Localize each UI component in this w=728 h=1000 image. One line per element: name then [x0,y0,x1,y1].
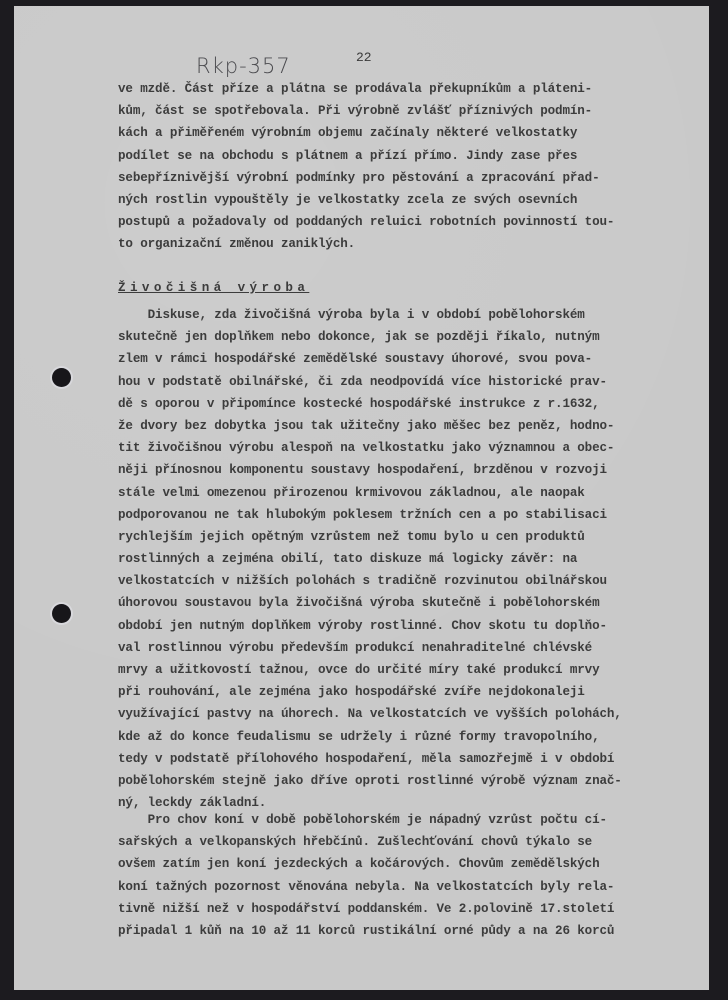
text-line: něji přínosnou komponentu soustavy hospo… [118,459,718,481]
text-line: ve mzdě. Část příze a plátna se prodával… [118,78,718,100]
text-line: kde až do konce feudalismu se udržely i … [118,726,718,748]
text-line: období jen nutným doplňkem výroby rostli… [118,615,718,637]
section-heading: Živočišná výroba [118,281,309,295]
text-line: hou v podstatě obilnářské, či zda neodpo… [118,371,718,393]
text-line: při rouhování, ale zejména jako hospodář… [118,681,718,703]
text-line: postupů a požadovaly od poddaných reluic… [118,211,718,233]
text-line: Pro chov koní v době pobělohorském je ná… [118,809,718,831]
text-line: úhorovou soustavou byla živočišná výroba… [118,592,718,614]
paragraph-2: Diskuse, zda živočišná výroba byla i v o… [118,304,718,814]
page-number: 22 [356,50,372,65]
text-line: tivně nižší než v hospodářství poddanské… [118,898,718,920]
text-line: velkostatcích v nižších polohách s tradi… [118,570,718,592]
text-line: stále velmi omezenou přirozenou krmivovo… [118,482,718,504]
text-line: mrvy a užitkovostí tažnou, ovce do určit… [118,659,718,681]
text-line: že dvory bez dobytka jsou tak užitečny j… [118,415,718,437]
text-line: zlem v rámci hospodářské zemědělské sous… [118,348,718,370]
text-line: tit živočišnou výrobu alespoň na velkost… [118,437,718,459]
text-line: val rostlinnou výrobu především produkcí… [118,637,718,659]
paragraph-1: ve mzdě. Část příze a plátna se prodával… [118,78,718,256]
text-line: sebepříznivější výrobní podmínky pro pěs… [118,167,718,189]
text-line: ných rostlin vypouštěly je velkostatky z… [118,189,718,211]
text-line: podílet se na obchodu s plátnem a přízí … [118,145,718,167]
punch-hole-icon [52,368,71,387]
document-page: Rkp-357 22 ve mzdě. Část příze a plátna … [14,6,709,990]
text-line: koní tažných pozornost věnována nebyla. … [118,876,718,898]
text-line: rostlinných a zejména obilí, tato diskuz… [118,548,718,570]
text-line: to organizační změnou zaniklých. [118,233,718,255]
text-line: pobělohorském stejně jako dříve oproti r… [118,770,718,792]
text-line: skutečně jen doplňkem nebo dokonce, jak … [118,326,718,348]
text-line: Diskuse, zda živočišná výroba byla i v o… [118,304,718,326]
text-line: využívající pastvy na úhorech. Na velkos… [118,703,718,725]
text-line: sařských a velkopanských hřebčínů. Zušle… [118,831,718,853]
text-line: rychlejším jejich opětným vzrůstem než t… [118,526,718,548]
text-line: připadal 1 kůň na 10 až 11 korců rustiká… [118,920,718,942]
text-line: kách a přiměřeném výrobním objemu začína… [118,122,718,144]
text-line: ovšem zatím jen koní jezdeckých a kočáro… [118,853,718,875]
archive-mark: Rkp-357 [196,54,291,78]
text-line: dě s oporou v připomínce kostecké hospod… [118,393,718,415]
text-line: podporovanou ne tak hlubokým poklesem tr… [118,504,718,526]
punch-hole-icon [52,604,71,623]
paragraph-3: Pro chov koní v době pobělohorském je ná… [118,809,718,942]
text-line: tedy v podstatě přílohového hospodaření,… [118,748,718,770]
text-line: kům, část se spotřebovala. Při výrobně z… [118,100,718,122]
